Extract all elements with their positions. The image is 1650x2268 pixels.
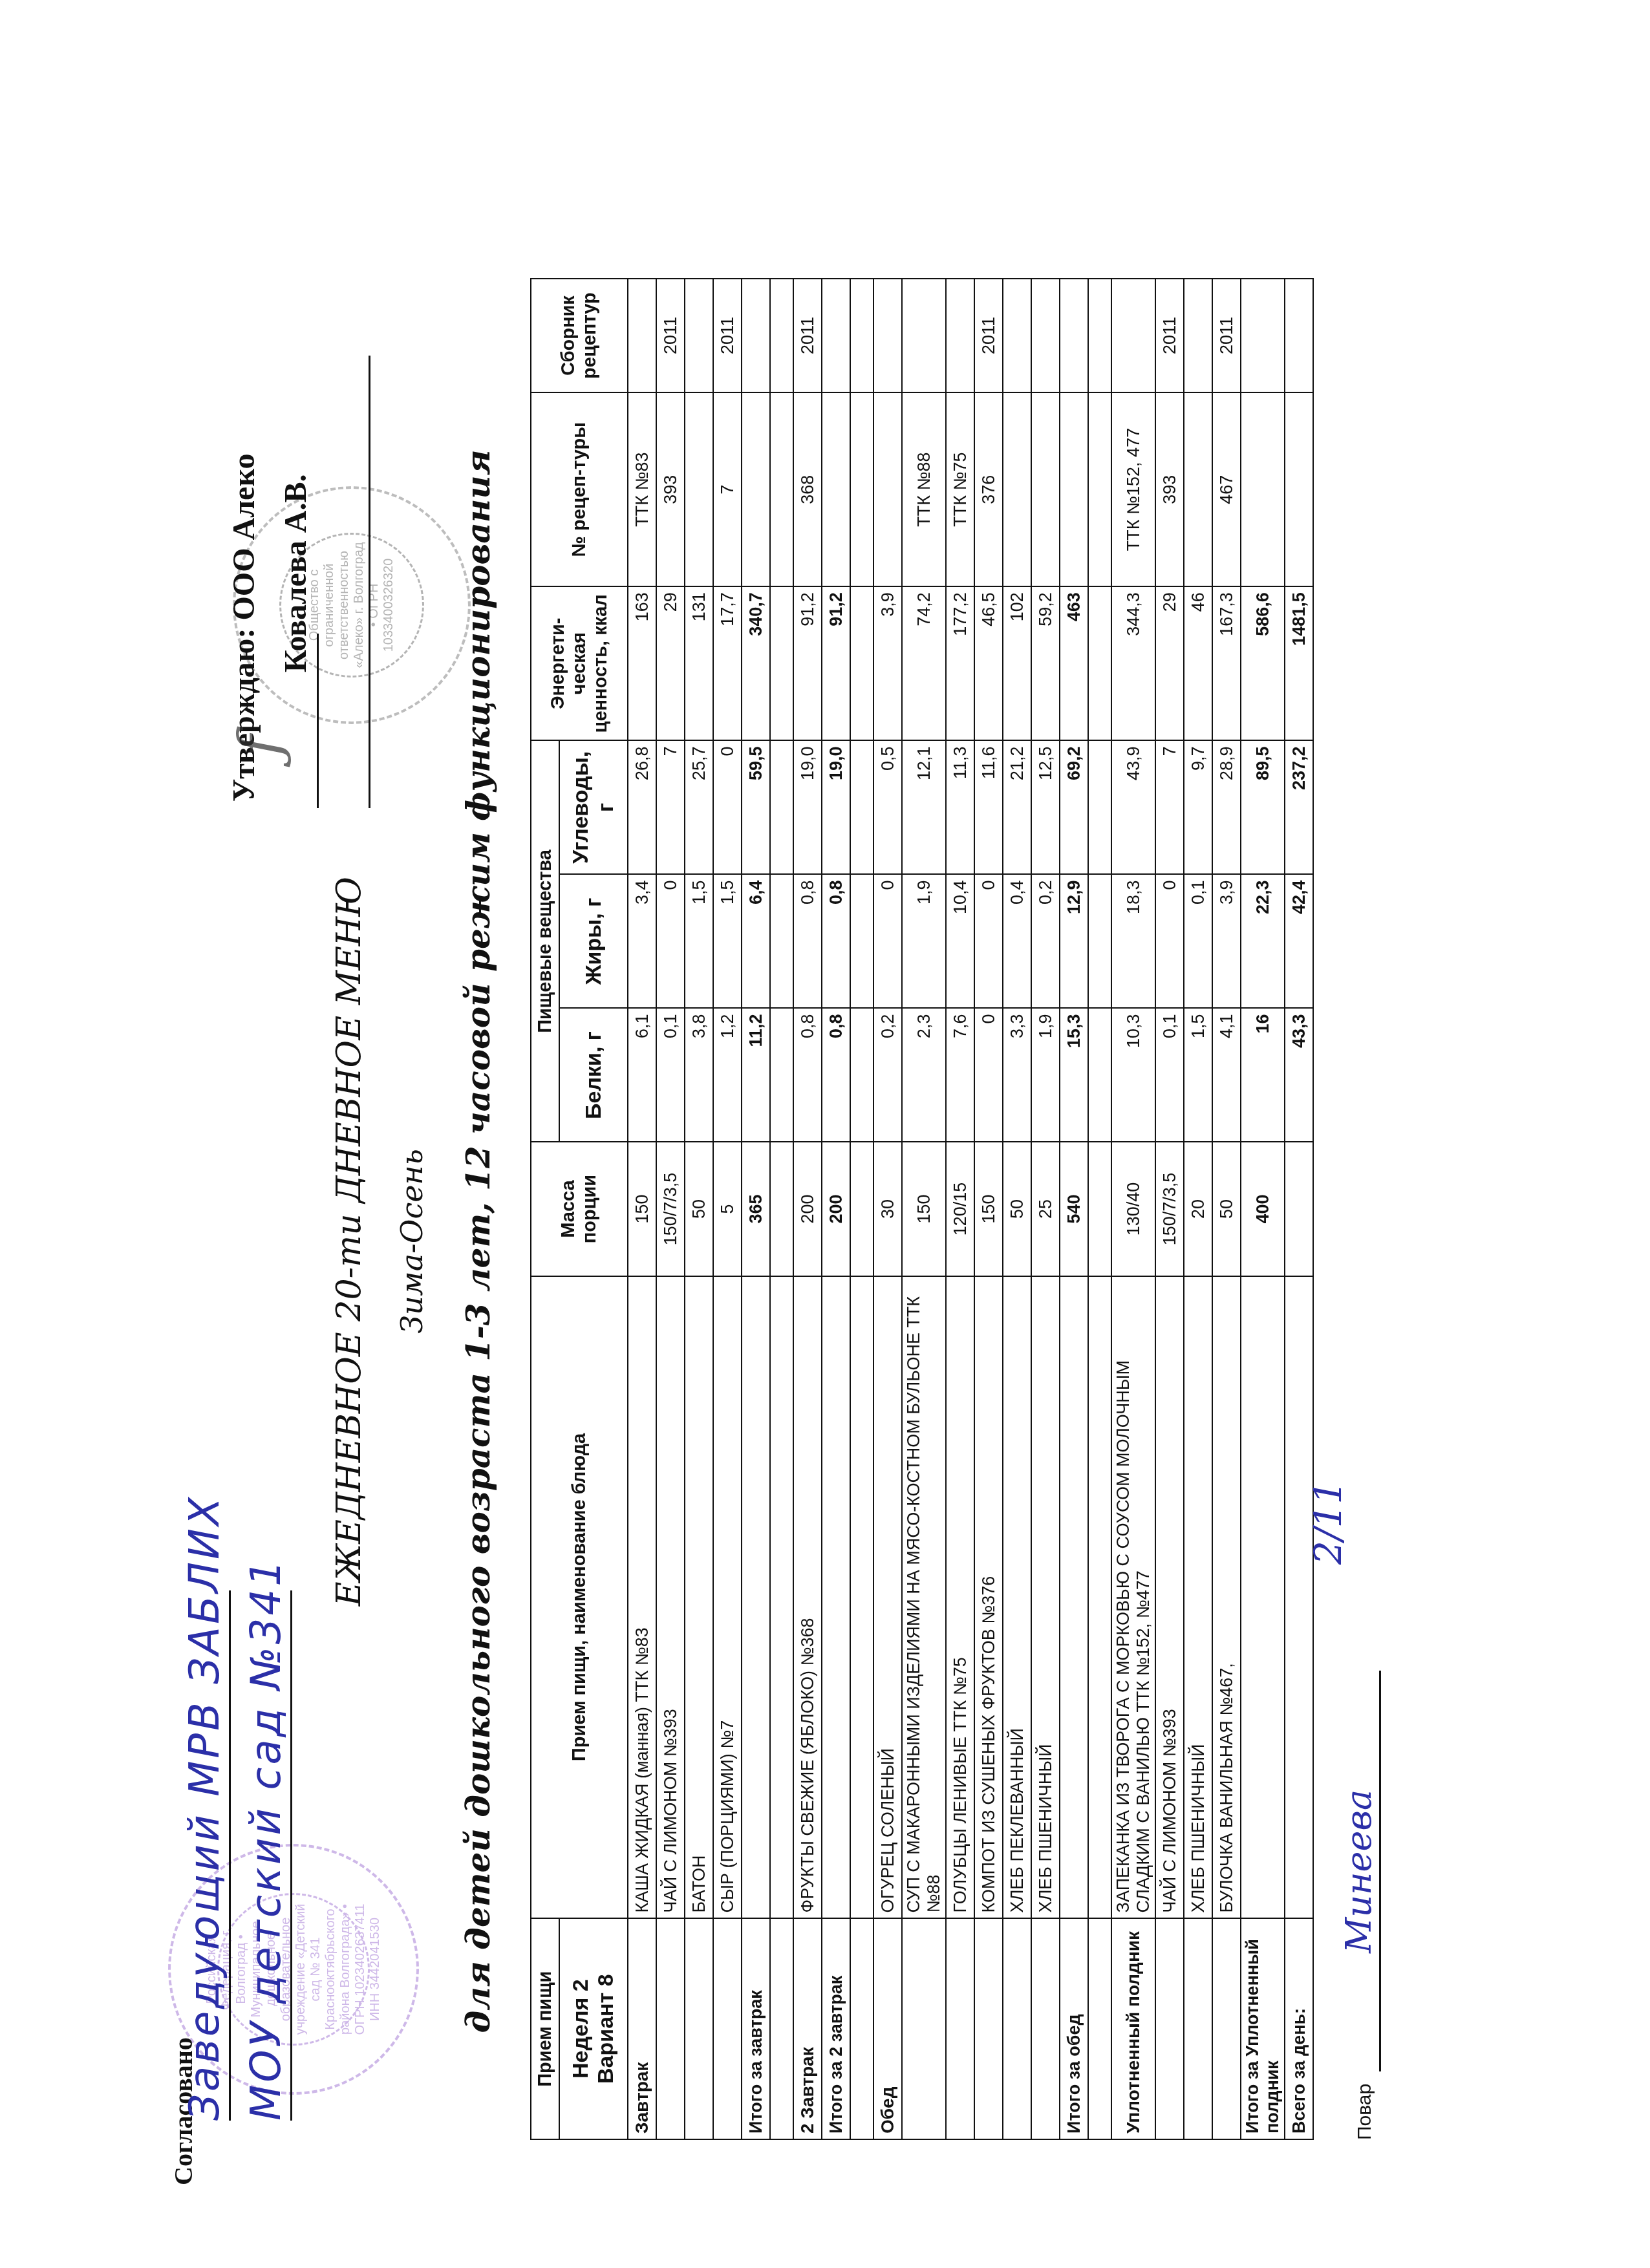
cell-fat: 0,1 bbox=[1184, 874, 1212, 1008]
table-row: БАТОН503,81,525,7131 bbox=[685, 279, 713, 2139]
empty-cell bbox=[850, 874, 873, 1008]
agreed-handwritten-line-2: МОУ детский сад №341 bbox=[242, 1590, 292, 2121]
empty-cell bbox=[770, 1918, 793, 2139]
table-row: ЧАЙ С ЛИМОНОМ №393150/7/3,50,10729393201… bbox=[656, 279, 685, 2139]
total-row: Итого за Уплотненный полдник4001622,389,… bbox=[1241, 279, 1285, 2139]
cook-signature: Минеева bbox=[1338, 1671, 1381, 2071]
cell-fat: 0,4 bbox=[1003, 874, 1031, 1008]
approver-name: Ковалева А.В. bbox=[278, 475, 314, 672]
cell-collection bbox=[1031, 279, 1060, 392]
cell-dish: БАТОН bbox=[685, 1276, 713, 1919]
cell-collection: 2011 bbox=[974, 279, 1003, 392]
cell-recipe: ТТК №75 bbox=[946, 392, 974, 586]
cell-carbs: 21,2 bbox=[1003, 740, 1031, 874]
cell-protein: 0,8 bbox=[822, 1008, 850, 1142]
cell-recipe bbox=[1241, 392, 1285, 586]
cell-recipe bbox=[1285, 392, 1313, 586]
cell-protein: 0,1 bbox=[656, 1008, 685, 1142]
cell-collection bbox=[946, 279, 974, 392]
cell-protein: 11,2 bbox=[742, 1008, 770, 1142]
cell-fat: 18,3 bbox=[1111, 874, 1155, 1008]
cell-mass: 150 bbox=[974, 1142, 1003, 1276]
cell-fat: 0 bbox=[1155, 874, 1184, 1008]
cell-energy: 17,7 bbox=[713, 586, 742, 740]
cell-meal bbox=[946, 1918, 974, 2139]
cell-carbs: 12,1 bbox=[902, 740, 946, 874]
cell-carbs: 7 bbox=[1155, 740, 1184, 874]
cell-energy: 586,6 bbox=[1241, 586, 1285, 740]
empty-cell bbox=[1088, 279, 1111, 392]
cell-collection bbox=[1241, 279, 1285, 392]
header-mass: Масса порции bbox=[531, 1142, 628, 1276]
header-recipe: № рецеп-туры bbox=[531, 392, 628, 586]
header-meal: Прием пищи bbox=[531, 1918, 559, 2139]
spacer-row bbox=[1088, 279, 1111, 2139]
cell-meal bbox=[1031, 1918, 1060, 2139]
cell-mass: 120/15 bbox=[946, 1142, 974, 1276]
empty-cell bbox=[1088, 1008, 1111, 1142]
empty-cell bbox=[1088, 1142, 1111, 1276]
cell-fat: 0 bbox=[974, 874, 1003, 1008]
cell-collection: 2011 bbox=[656, 279, 685, 392]
cell-meal: Уплотненный полдник bbox=[1111, 1918, 1155, 2139]
cell-dish: ЧАЙ С ЛИМОНОМ №393 bbox=[656, 1276, 685, 1919]
cell-protein: 7,6 bbox=[946, 1008, 974, 1142]
total-row: Всего за день:43,342,4237,21481,5 bbox=[1285, 279, 1313, 2139]
table-row: ОбедОГУРЕЦ СОЛЕНЫЙ300,200,53,9 bbox=[873, 279, 902, 2139]
cell-meal: 2 Завтрак bbox=[793, 1918, 822, 2139]
empty-cell bbox=[850, 1918, 873, 2139]
cell-protein: 1,9 bbox=[1031, 1008, 1060, 1142]
cell-meal: Итого за 2 завтрак bbox=[822, 1918, 850, 2139]
cell-carbs: 19,0 bbox=[822, 740, 850, 874]
cell-carbs: 7 bbox=[656, 740, 685, 874]
cell-recipe bbox=[1031, 392, 1060, 586]
cell-carbs: 0 bbox=[713, 740, 742, 874]
cell-recipe bbox=[1003, 392, 1031, 586]
cell-meal bbox=[713, 1918, 742, 2139]
table-row: СУП С МАКАРОННЫМИ ИЗДЕЛИЯМИ НА МЯСО-КОСТ… bbox=[902, 279, 946, 2139]
cell-mass: 150/7/3,5 bbox=[1155, 1142, 1184, 1276]
cell-fat: 22,3 bbox=[1241, 874, 1285, 1008]
table-row: ГОЛУБЦЫ ЛЕНИВЫЕ ТТК №75120/157,610,411,3… bbox=[946, 279, 974, 2139]
cell-recipe: 7 bbox=[713, 392, 742, 586]
cell-meal bbox=[902, 1918, 946, 2139]
cell-fat: 6,4 bbox=[742, 874, 770, 1008]
empty-cell bbox=[770, 874, 793, 1008]
cell-protein: 0,1 bbox=[1155, 1008, 1184, 1142]
cell-energy: 46,5 bbox=[974, 586, 1003, 740]
cell-protein: 4,1 bbox=[1212, 1008, 1241, 1142]
cell-mass: 30 bbox=[873, 1142, 902, 1276]
cell-dish: ФРУКТЫ СВЕЖИЕ (ЯБЛОКО) №368 bbox=[793, 1276, 822, 1919]
cell-fat: 1,9 bbox=[902, 874, 946, 1008]
cell-mass: 50 bbox=[1003, 1142, 1031, 1276]
cell-dish: СЫР (ПОРЦИЯМИ) №7 bbox=[713, 1276, 742, 1919]
cell-collection: 2011 bbox=[1155, 279, 1184, 392]
handwritten-date: 2/11 bbox=[1306, 1481, 1350, 1565]
spacer-row bbox=[770, 279, 793, 2139]
header-nutrients: Пищевые вещества bbox=[531, 740, 559, 1142]
cell-protein: 3,3 bbox=[1003, 1008, 1031, 1142]
cell-energy: 344,3 bbox=[1111, 586, 1155, 740]
table-row: ЗавтракКАША ЖИДКАЯ (манная) ТТК №831506,… bbox=[628, 279, 656, 2139]
empty-cell bbox=[1088, 1918, 1111, 2139]
menu-table: Прием пищи Прием пищи, наименование блюд… bbox=[530, 278, 1314, 2140]
cell-collection bbox=[1285, 279, 1313, 392]
cell-meal bbox=[1212, 1918, 1241, 2139]
cell-energy: 102 bbox=[1003, 586, 1031, 740]
empty-cell bbox=[850, 1142, 873, 1276]
cell-mass: 200 bbox=[822, 1142, 850, 1276]
cell-carbs: 89,5 bbox=[1241, 740, 1285, 874]
cell-recipe: 393 bbox=[1155, 392, 1184, 586]
cell-collection bbox=[1003, 279, 1031, 392]
cell-carbs: 12,5 bbox=[1031, 740, 1060, 874]
cell-carbs: 69,2 bbox=[1060, 740, 1088, 874]
cell-mass: 200 bbox=[793, 1142, 822, 1276]
cell-energy: 177,2 bbox=[946, 586, 974, 740]
cell-fat: 0 bbox=[873, 874, 902, 1008]
cell-protein: 1,2 bbox=[713, 1008, 742, 1142]
cell-collection bbox=[873, 279, 902, 392]
cell-fat: 12,9 bbox=[1060, 874, 1088, 1008]
cell-dish bbox=[1241, 1276, 1285, 1919]
cell-fat: 0,8 bbox=[822, 874, 850, 1008]
week-label: Неделя 2 bbox=[568, 1924, 594, 2134]
signature-line bbox=[317, 634, 319, 808]
cell-mass: 365 bbox=[742, 1142, 770, 1276]
cell-dish: ГОЛУБЦЫ ЛЕНИВЫЕ ТТК №75 bbox=[946, 1276, 974, 1919]
cell-recipe: ТТК №152, 477 bbox=[1111, 392, 1155, 586]
table-row: СЫР (ПОРЦИЯМИ) №751,21,5017,772011 bbox=[713, 279, 742, 2139]
cell-fat: 0 bbox=[656, 874, 685, 1008]
cell-protein: 0,8 bbox=[793, 1008, 822, 1142]
cell-energy: 131 bbox=[685, 586, 713, 740]
total-row: Итого за обед54015,312,969,2463 bbox=[1060, 279, 1088, 2139]
cell-fat: 3,9 bbox=[1212, 874, 1241, 1008]
cell-protein: 2,3 bbox=[902, 1008, 946, 1142]
empty-cell bbox=[770, 740, 793, 874]
cell-fat: 3,4 bbox=[628, 874, 656, 1008]
cell-carbs: 237,2 bbox=[1285, 740, 1313, 874]
cell-protein: 6,1 bbox=[628, 1008, 656, 1142]
cell-dish: ЧАЙ С ЛИМОНОМ №393 bbox=[1155, 1276, 1184, 1919]
cell-dish: ОГУРЕЦ СОЛЕНЫЙ bbox=[873, 1276, 902, 1919]
cell-carbs: 25,7 bbox=[685, 740, 713, 874]
cell-mass: 50 bbox=[685, 1142, 713, 1276]
empty-cell bbox=[770, 586, 793, 740]
table-row: ЧАЙ С ЛИМОНОМ №393150/7/3,50,10729393201… bbox=[1155, 279, 1184, 2139]
cell-recipe: ТТК №83 bbox=[628, 392, 656, 586]
table-row: БУЛОЧКА ВАНИЛЬНАЯ №467,504,13,928,9167,3… bbox=[1212, 279, 1241, 2139]
cell-mass: 5 bbox=[713, 1142, 742, 1276]
cell-recipe: 467 bbox=[1212, 392, 1241, 586]
cell-mass: 150 bbox=[628, 1142, 656, 1276]
cell-meal: Всего за день: bbox=[1285, 1918, 1313, 2139]
approver-signature: ƒ bbox=[226, 735, 294, 756]
cell-mass: 50 bbox=[1212, 1142, 1241, 1276]
cell-dish: КАША ЖИДКАЯ (манная) ТТК №83 bbox=[628, 1276, 656, 1919]
cell-mass: 150/7/3,5 bbox=[656, 1142, 685, 1276]
cell-collection bbox=[1060, 279, 1088, 392]
cell-collection bbox=[742, 279, 770, 392]
cell-fat: 0,8 bbox=[793, 874, 822, 1008]
table-row: 2 ЗавтракФРУКТЫ СВЕЖИЕ (ЯБЛОКО) №3682000… bbox=[793, 279, 822, 2139]
cell-protein: 3,8 bbox=[685, 1008, 713, 1142]
empty-cell bbox=[850, 1008, 873, 1142]
table-row: ХЛЕБ ПШЕНИЧНЫЙ201,50,19,746 bbox=[1184, 279, 1212, 2139]
cell-meal bbox=[1003, 1918, 1031, 2139]
header-carbs: Углеводы, г bbox=[559, 740, 628, 874]
empty-cell bbox=[1088, 740, 1111, 874]
table-row: Уплотненный полдникЗАПЕКАНКА ИЗ ТВОРОГА … bbox=[1111, 279, 1155, 2139]
signature-line bbox=[369, 356, 370, 808]
cell-fat: 10,4 bbox=[946, 874, 974, 1008]
cell-energy: 1481,5 bbox=[1285, 586, 1313, 740]
header-dish: Прием пищи, наименование блюда bbox=[531, 1276, 628, 1919]
cell-carbs: 59,5 bbox=[742, 740, 770, 874]
total-row: Итого за 2 завтрак2000,80,819,091,2 bbox=[822, 279, 850, 2139]
cell-energy: 163 bbox=[628, 586, 656, 740]
cell-recipe bbox=[742, 392, 770, 586]
cell-dish: СУП С МАКАРОННЫМИ ИЗДЕЛИЯМИ НА МЯСО-КОСТ… bbox=[902, 1276, 946, 1919]
cell-meal bbox=[1155, 1918, 1184, 2139]
cell-protein: 10,3 bbox=[1111, 1008, 1155, 1142]
cell-protein: 16 bbox=[1241, 1008, 1285, 1142]
cell-dish: ХЛЕБ ПШЕНИЧНЫЙ bbox=[1184, 1276, 1212, 1919]
cell-dish: ХЛЕБ ПШЕНИЧНЫЙ bbox=[1031, 1276, 1060, 1919]
cell-recipe bbox=[685, 392, 713, 586]
cell-energy: 59,2 bbox=[1031, 586, 1060, 740]
cell-dish bbox=[1060, 1276, 1088, 1919]
empty-cell bbox=[850, 1276, 873, 1919]
variant-label: Вариант 8 bbox=[594, 1924, 619, 2134]
cell-mass: 25 bbox=[1031, 1142, 1060, 1276]
cell-protein: 1,5 bbox=[1184, 1008, 1212, 1142]
table-row: ХЛЕБ ПШЕНИЧНЫЙ251,90,212,559,2 bbox=[1031, 279, 1060, 2139]
empty-cell bbox=[850, 279, 873, 392]
cell-energy: 74,2 bbox=[902, 586, 946, 740]
cell-meal: Итого за обед bbox=[1060, 1918, 1088, 2139]
cell-collection bbox=[685, 279, 713, 392]
cell-energy: 463 bbox=[1060, 586, 1088, 740]
empty-cell bbox=[770, 1008, 793, 1142]
menu-sheet: Российская Федерация, г. Волгоград • Мун… bbox=[155, 272, 1384, 2211]
empty-cell bbox=[850, 586, 873, 740]
cell-meal bbox=[1184, 1918, 1212, 2139]
cell-recipe: ТТК №88 bbox=[902, 392, 946, 586]
cell-fat: 42,4 bbox=[1285, 874, 1313, 1008]
cell-carbs: 0,5 bbox=[873, 740, 902, 874]
cell-mass: 150 bbox=[902, 1142, 946, 1276]
cell-recipe: 368 bbox=[793, 392, 822, 586]
cell-collection bbox=[1111, 279, 1155, 392]
cell-energy: 91,2 bbox=[793, 586, 822, 740]
cell-meal: Завтрак bbox=[628, 1918, 656, 2139]
empty-cell bbox=[770, 1142, 793, 1276]
empty-cell bbox=[1088, 874, 1111, 1008]
empty-cell bbox=[850, 392, 873, 586]
cell-collection bbox=[628, 279, 656, 392]
cell-collection: 2011 bbox=[1212, 279, 1241, 392]
cell-mass: 540 bbox=[1060, 1142, 1088, 1276]
empty-cell bbox=[770, 392, 793, 586]
cell-carbs: 9,7 bbox=[1184, 740, 1212, 874]
header-fat: Жиры, г bbox=[559, 874, 628, 1008]
menu-table-body: ЗавтракКАША ЖИДКАЯ (манная) ТТК №831506,… bbox=[628, 279, 1313, 2139]
cell-carbs: 43,9 bbox=[1111, 740, 1155, 874]
cell-recipe bbox=[1060, 392, 1088, 586]
cell-dish: БУЛОЧКА ВАНИЛЬНАЯ №467, bbox=[1212, 1276, 1241, 1919]
empty-cell bbox=[850, 740, 873, 874]
cell-protein: 0 bbox=[974, 1008, 1003, 1142]
cell-carbs: 11,6 bbox=[974, 740, 1003, 874]
spacer-row bbox=[850, 279, 873, 2139]
cell-fat: 1,5 bbox=[685, 874, 713, 1008]
cell-collection bbox=[902, 279, 946, 392]
empty-cell bbox=[770, 279, 793, 392]
header-energy: Энергети-ческая ценность, ккал bbox=[531, 586, 628, 740]
cell-meal bbox=[974, 1918, 1003, 2139]
cell-meal bbox=[656, 1918, 685, 2139]
cook-signature-block: Повар Минеева bbox=[1338, 1671, 1381, 2140]
cell-recipe bbox=[822, 392, 850, 586]
cell-mass: 20 bbox=[1184, 1142, 1212, 1276]
cell-carbs: 11,3 bbox=[946, 740, 974, 874]
table-row: КОМПОТ ИЗ СУШЕНЫХ ФРУКТОВ №3761500011,64… bbox=[974, 279, 1003, 2139]
cell-mass: 130/40 bbox=[1111, 1142, 1155, 1276]
agreed-handwritten-line-1: Заведующий МРВ ЗАБЛИХ bbox=[181, 1590, 231, 2121]
season-title: Зима-Осень bbox=[394, 272, 429, 2211]
empty-cell bbox=[1088, 1276, 1111, 1919]
cell-energy: 46 bbox=[1184, 586, 1212, 740]
cell-energy: 3,9 bbox=[873, 586, 902, 740]
cell-collection: 2011 bbox=[713, 279, 742, 392]
cell-carbs: 26,8 bbox=[628, 740, 656, 874]
empty-cell bbox=[1088, 586, 1111, 740]
empty-cell bbox=[1088, 392, 1111, 586]
cell-energy: 29 bbox=[1155, 586, 1184, 740]
header-protein: Белки, г bbox=[559, 1008, 628, 1142]
cell-protein: 15,3 bbox=[1060, 1008, 1088, 1142]
cell-protein: 43,3 bbox=[1285, 1008, 1313, 1142]
cell-dish: ХЛЕБ ПЕКЛЕВАННЫЙ bbox=[1003, 1276, 1031, 1919]
cell-dish: КОМПОТ ИЗ СУШЕНЫХ ФРУКТОВ №376 bbox=[974, 1276, 1003, 1919]
cell-fat: 1,5 bbox=[713, 874, 742, 1008]
cell-recipe: 393 bbox=[656, 392, 685, 586]
cell-dish: ЗАПЕКАНКА ИЗ ТВОРОГА С МОРКОВЬЮ С СОУСОМ… bbox=[1111, 1276, 1155, 1919]
cell-energy: 167,3 bbox=[1212, 586, 1241, 740]
cell-dish bbox=[822, 1276, 850, 1919]
cell-carbs: 19,0 bbox=[793, 740, 822, 874]
cell-meal bbox=[685, 1918, 713, 2139]
cell-meal: Итого за Уплотненный полдник bbox=[1241, 1918, 1285, 2139]
cell-energy: 340,7 bbox=[742, 586, 770, 740]
cook-label: Повар bbox=[1354, 2084, 1375, 2140]
cell-meal: Итого за завтрак bbox=[742, 1918, 770, 2139]
cell-collection: 2011 bbox=[793, 279, 822, 392]
cell-energy: 91,2 bbox=[822, 586, 850, 740]
cell-recipe: 376 bbox=[974, 392, 1003, 586]
cell-recipe bbox=[873, 392, 902, 586]
cell-mass: 400 bbox=[1241, 1142, 1285, 1276]
cell-collection bbox=[822, 279, 850, 392]
total-row: Итого за завтрак36511,26,459,5340,7 bbox=[742, 279, 770, 2139]
cell-recipe bbox=[1184, 392, 1212, 586]
cell-fat: 0,2 bbox=[1031, 874, 1060, 1008]
cell-carbs: 28,9 bbox=[1212, 740, 1241, 874]
cell-dish bbox=[742, 1276, 770, 1919]
cell-meal: Обед bbox=[873, 1918, 902, 2139]
week-variant: Неделя 2 Вариант 8 bbox=[559, 1918, 628, 2139]
cell-collection bbox=[1184, 279, 1212, 392]
page-title: ЕЖЕДНЕВНОЕ 20-ти ДНЕВНОЕ МЕНЮ bbox=[330, 272, 369, 2211]
header-collection: Сборник рецептур bbox=[531, 279, 628, 392]
cell-mass bbox=[1285, 1142, 1313, 1276]
page-subtitle: для детей дошкольного возраста 1-3 лет, … bbox=[459, 272, 497, 2211]
cell-dish bbox=[1285, 1276, 1313, 1919]
cell-protein: 0,2 bbox=[873, 1008, 902, 1142]
empty-cell bbox=[770, 1276, 793, 1919]
table-row: ХЛЕБ ПЕКЛЕВАННЫЙ503,30,421,2102 bbox=[1003, 279, 1031, 2139]
cell-energy: 29 bbox=[656, 586, 685, 740]
